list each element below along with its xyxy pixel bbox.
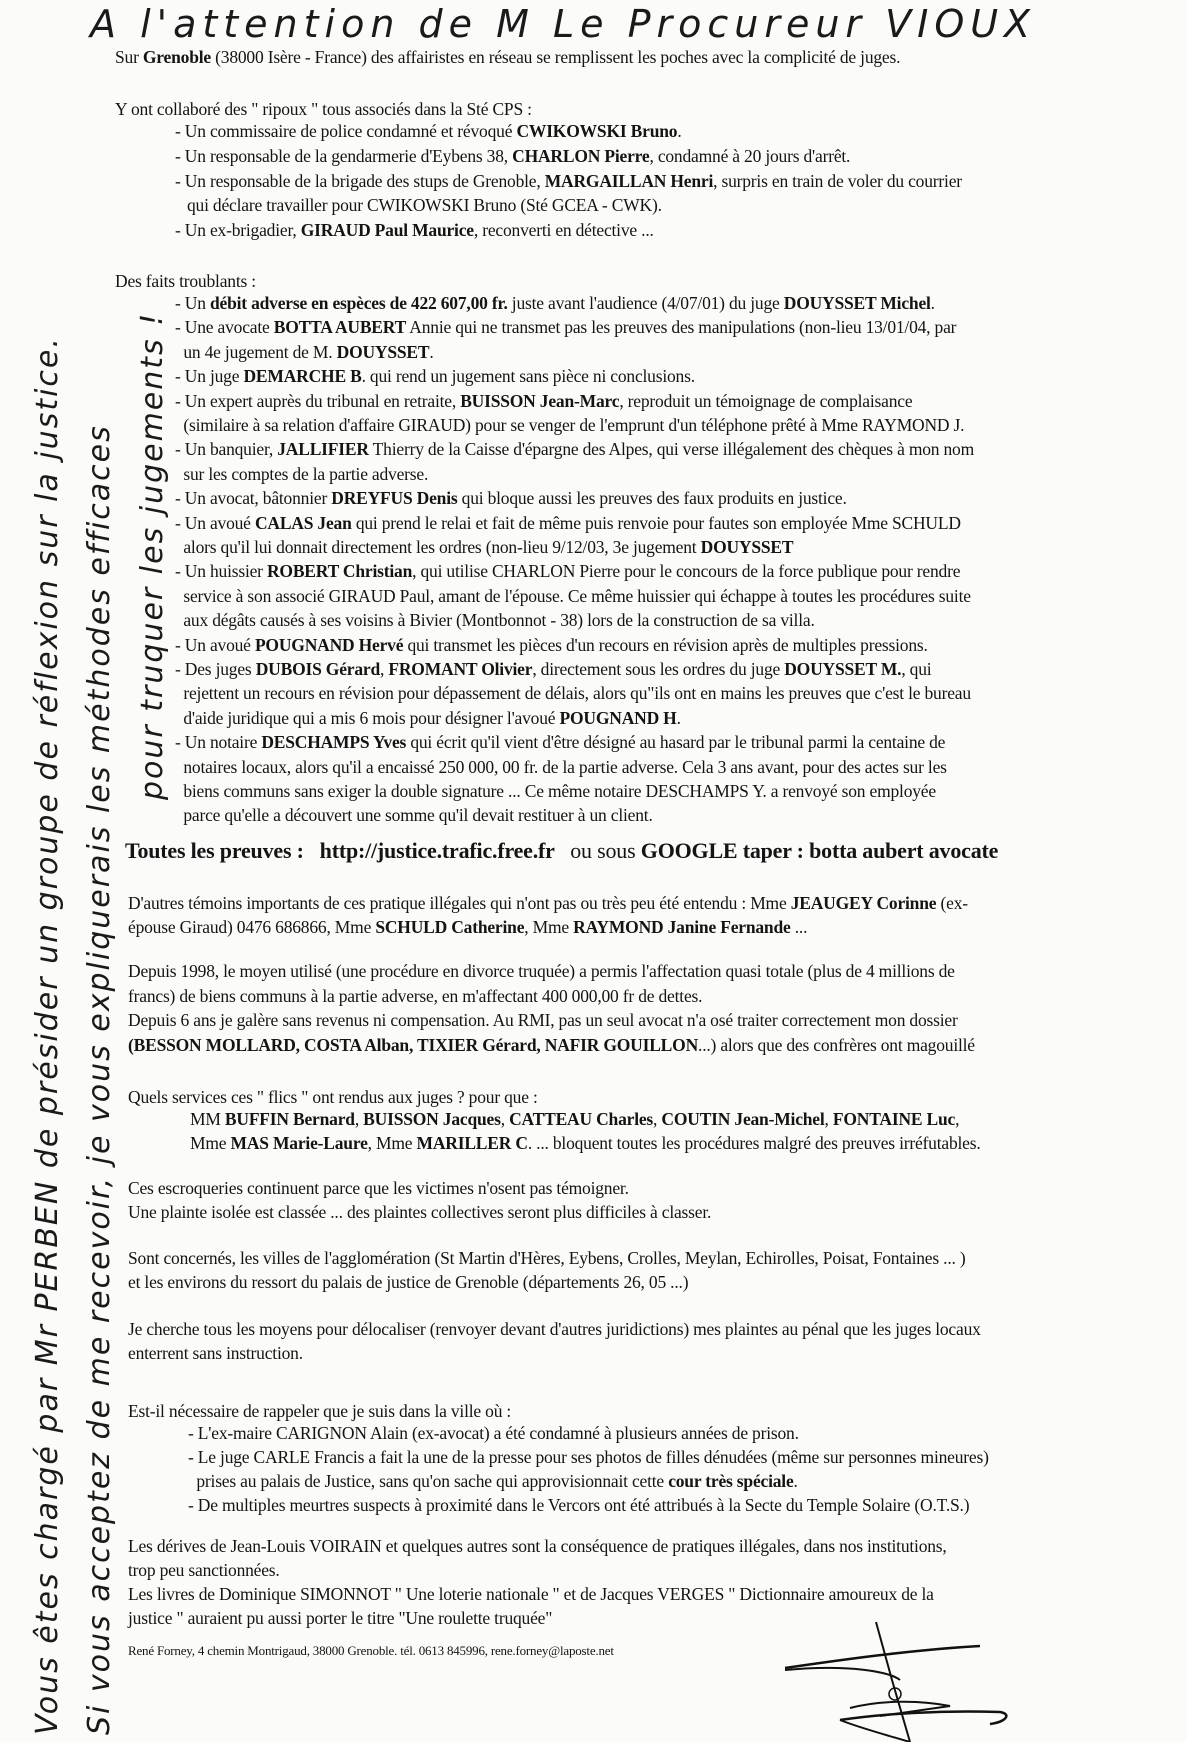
fact-line: - Un banquier, JALLIFIER Thierry de la C… [175, 438, 974, 460]
collaborator-item: - Un responsable de la brigade des stups… [175, 170, 962, 192]
fact-line: - Un huissier ROBERT Christian, qui util… [175, 560, 960, 582]
reminder-line: prises au palais de Justice, sans qu'on … [188, 1470, 798, 1492]
fact-line: rejettent un recours en révision pour dé… [175, 682, 971, 704]
intro-line: Sur Grenoble (38000 Isère - France) des … [115, 46, 900, 68]
fact-line: - Une avocate BOTTA AUBERT Annie qui ne … [175, 316, 956, 338]
fact-line: - Un débit adverse en espèces de 422 607… [175, 292, 935, 314]
item-name: CHARLON Pierre [512, 146, 649, 166]
closing-line: trop peu sanctionnées. [128, 1559, 280, 1581]
since-1998-line: Depuis 1998, le moyen utilisé (une procé… [128, 960, 955, 982]
witness-line: épouse Giraud) 0476 686866, Mme SCHULD C… [128, 916, 807, 938]
scams-line: Ces escroqueries continuent parce que le… [128, 1177, 629, 1199]
item-text: - Un responsable de la brigade des stups… [175, 171, 545, 191]
intro-rest: (38000 Isère - France) des affairistes e… [211, 47, 900, 67]
fact-line: - Un notaire DESCHAMPS Yves qui écrit qu… [175, 731, 945, 753]
cities-line: et les environs du ressort du palais de … [128, 1271, 688, 1293]
signature [780, 1620, 1020, 1742]
services-heading: Quels services ces " flics " ont rendus … [128, 1086, 538, 1108]
item-text: - Un commissaire de police condamné et r… [175, 121, 516, 141]
collaborator-item-continuation: qui déclare travailler pour CWIKOWSKI Br… [187, 194, 662, 216]
intro-prefix: Sur [115, 47, 143, 67]
collaborator-item: - Un ex-brigadier, GIRAUD Paul Maurice, … [175, 219, 654, 241]
item-text: - Un ex-brigadier, [175, 220, 301, 240]
item-tail: , reconverti en détective ... [474, 220, 654, 240]
fact-line: biens communs sans exiger la double sign… [175, 780, 936, 802]
proof-url-link[interactable]: http://justice.trafic.free.fr [320, 838, 555, 863]
since-1998-line: Depuis 6 ans je galère sans revenus ni c… [128, 1009, 958, 1031]
proof-google: GOOGLE taper : botta aubert avocate [641, 838, 998, 863]
item-tail: , surpris en train de voler du courrier [713, 171, 962, 191]
reminder-heading: Est-il nécessaire de rappeler que je sui… [128, 1400, 511, 1422]
item-tail: . [677, 121, 681, 141]
fact-line: - Des juges DUBOIS Gérard, FROMANT Olivi… [175, 658, 931, 680]
fact-line: aux dégâts causés à ses voisins à Bivier… [175, 609, 815, 631]
handwritten-margin-line-2: Si vous acceptez de me recevoir, je vous… [82, 424, 117, 1735]
since-1998-line: (BESSON MOLLARD, COSTA Alban, TIXIER Gér… [128, 1034, 975, 1056]
fact-line: - Un juge DEMARCHE B. qui rend un jugeme… [175, 365, 695, 387]
reminder-line: - De multiples meurtres suspects à proxi… [188, 1494, 969, 1516]
reminder-line: - Le juge CARLE Francis a fait la une de… [188, 1446, 989, 1468]
proof-line: Toutes les preuves : http://justice.traf… [125, 840, 998, 862]
handwritten-header: A l'attention de M Le Procureur VIOUX [90, 2, 1036, 46]
proof-or-text: ou sous [570, 838, 635, 863]
relocate-line: enterrent sans instruction. [128, 1342, 303, 1364]
fact-line: notaires locaux, alors qu'il a encaissé … [175, 756, 947, 778]
fact-line: d'aide juridique qui a mis 6 mois pour d… [175, 707, 681, 729]
fact-line: - Un avoué CALAS Jean qui prend le relai… [175, 512, 961, 534]
fact-line: - Un avoué POUGNAND Hervé qui transmet l… [175, 634, 928, 656]
closing-line: Les dérives de Jean-Louis VOIRAIN et que… [128, 1535, 947, 1557]
fact-line: parce qu'elle a découvert une somme qu'i… [175, 804, 653, 826]
fact-line: - Un avocat, bâtonnier DREYFUS Denis qui… [175, 487, 847, 509]
fact-line: sur les comptes de la partie adverse. [175, 463, 428, 485]
fact-line: alors qu'il lui donnait directement les … [175, 536, 793, 558]
closing-line: Les livres de Dominique SIMONNOT " Une l… [128, 1583, 934, 1605]
item-text: - Un responsable de la gendarmerie d'Eyb… [175, 146, 512, 166]
sender-contact: René Forney, 4 chemin Montrigaud, 38000 … [128, 1640, 614, 1662]
reminder-line: - L'ex-maire CARIGNON Alain (ex-avocat) … [188, 1422, 799, 1444]
item-tail: , condamné à 20 jours d'arrêt. [649, 146, 850, 166]
fact-line: un 4e jugement de M. DOUYSSET. [175, 341, 434, 363]
fact-line: (similaire à sa relation d'affaire GIRAU… [175, 414, 964, 436]
fact-line: - Un expert auprès du tribunal en retrai… [175, 390, 912, 412]
proof-label: Toutes les preuves : [125, 838, 304, 863]
collaborator-item: - Un responsable de la gendarmerie d'Eyb… [175, 145, 850, 167]
handwritten-margin-line-3: pour truquer les jugements ! [135, 312, 170, 800]
scanned-letter: A l'attention de M Le Procureur VIOUX Vo… [0, 0, 1187, 1742]
handwritten-margin-line-1: Vous êtes chargé par Mr PERBEN de présid… [30, 336, 65, 1735]
item-name: CWIKOWSKI Bruno [516, 121, 677, 141]
item-name: MARGAILLAN Henri [545, 171, 713, 191]
facts-heading: Des faits troublants : [115, 270, 256, 292]
fact-line: service à son associé GIRAUD Paul, amant… [175, 585, 971, 607]
collaborator-item: - Un commissaire de police condamné et r… [175, 120, 682, 142]
collaborators-heading: Y ont collaboré des " ripoux " tous asso… [115, 98, 532, 120]
cities-line: Sont concernés, les villes de l'agglomér… [128, 1247, 965, 1269]
services-line: Mme MAS Marie-Laure, Mme MARILLER C. ...… [190, 1132, 981, 1154]
scams-line: Une plainte isolée est classée ... des p… [128, 1201, 711, 1223]
services-line: MM BUFFIN Bernard, BUISSON Jacques, CATT… [190, 1108, 959, 1130]
item-name: GIRAUD Paul Maurice [301, 220, 474, 240]
intro-city: Grenoble [143, 47, 211, 67]
witness-line: D'autres témoins importants de ces prati… [128, 892, 968, 914]
relocate-line: Je cherche tous les moyens pour délocali… [128, 1318, 981, 1340]
closing-line: justice " auraient pu aussi porter le ti… [128, 1607, 552, 1629]
since-1998-line: francs) de biens communs à la partie adv… [128, 985, 702, 1007]
